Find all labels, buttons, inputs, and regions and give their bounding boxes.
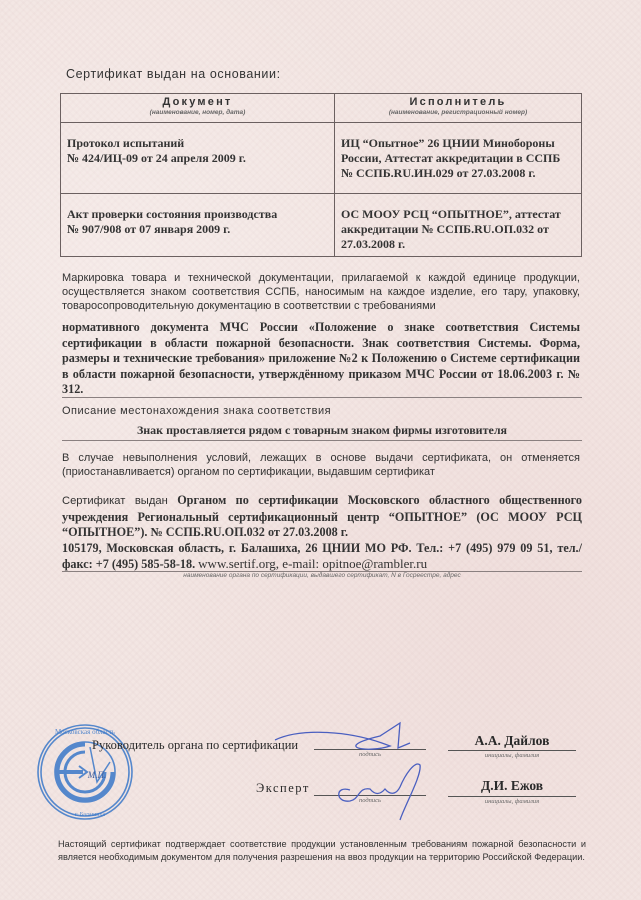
executor-line: № ССПБ.RU.ИН.029 от 27.03.2008 г.	[341, 166, 575, 181]
head-name: А.А. Дайлов	[448, 733, 576, 749]
expert-name-caption: инициалы, фамилия	[448, 798, 576, 805]
issued-by-caption: наименование органа по сертификации, выд…	[62, 572, 582, 579]
basis-table: Документ (наименование, номер, дата) Исп…	[60, 93, 582, 257]
document-line: Акт проверки состояния производства	[67, 207, 328, 222]
footer-text: Настоящий сертификат подтверждает соотве…	[58, 838, 586, 863]
header-executor-subtitle: (наименование, регистрационный номер)	[335, 109, 581, 116]
basis-intro: Сертификат выдан на основании:	[66, 67, 281, 81]
header-executor-title: Исполнитель	[335, 96, 581, 108]
header-document-title: Документ	[61, 96, 334, 108]
header-document: Документ (наименование, номер, дата)	[61, 94, 335, 123]
mark-location-label: Описание местонахождения знака соответст…	[62, 405, 331, 417]
table-row: Акт проверки состояния производства № 90…	[61, 194, 582, 257]
executor-line: ОС МООУ РСЦ “ОПЫТНОЕ”, аттестат	[341, 207, 575, 222]
document-line: № 424/ИЦ-09 от 24 апреля 2009 г.	[67, 151, 328, 166]
head-name-line	[448, 750, 576, 751]
divider	[62, 397, 582, 398]
revocation-text: В случае невыполнения условий, лежащих в…	[62, 451, 580, 479]
head-signature-label: Руководитель органа по сертификации	[92, 738, 298, 753]
executor-line: аккредитации № ССПБ.RU.ОП.032 от	[341, 222, 575, 237]
document-cell: Протокол испытаний № 424/ИЦ-09 от 24 апр…	[61, 123, 335, 194]
executor-cell: ИЦ “Опытное” 26 ЦНИИ Минобороны России, …	[335, 123, 582, 194]
document-line: № 907/908 от 07 января 2009 г.	[67, 222, 328, 237]
stamp-center-label: М.П.	[87, 770, 107, 780]
normative-text: нормативного документа МЧС России «Полож…	[62, 320, 580, 398]
mark-location-value: Знак проставляется рядом с товарным знак…	[62, 423, 582, 438]
header-document-subtitle: (наименование, номер, дата)	[61, 109, 334, 116]
head-signature-icon	[270, 718, 420, 758]
expert-signature-label: Эксперт	[256, 781, 310, 796]
executor-line: ИЦ “Опытное” 26 ЦНИИ Минобороны	[341, 136, 575, 151]
expert-name-line	[448, 796, 576, 797]
header-executor: Исполнитель (наименование, регистрационн…	[335, 94, 582, 123]
issued-by-label: Сертификат выдан	[62, 495, 168, 507]
issued-by-web: www.sertif.org, e-mail: opitnoe@rambler.…	[198, 556, 427, 571]
expert-name: Д.И. Ежов	[448, 778, 576, 794]
divider	[62, 440, 582, 441]
table-row: Протокол испытаний № 424/ИЦ-09 от 24 апр…	[61, 123, 582, 194]
head-name-caption: инициалы, фамилия	[448, 752, 576, 759]
document-cell: Акт проверки состояния производства № 90…	[61, 194, 335, 257]
executor-line: 27.03.2008 г.	[341, 237, 575, 252]
seal-stamp-icon: Московская область г. Балашиха М.П.	[35, 722, 135, 822]
marking-text: Маркировка товара и технической документ…	[62, 271, 580, 313]
basis-table-header: Документ (наименование, номер, дата) Исп…	[61, 94, 582, 123]
expert-signature-icon	[330, 755, 430, 825]
stamp-ring-text: Московская область	[55, 728, 115, 736]
stamp-bottom-text: г. Балашиха	[75, 812, 105, 818]
certificate-page: Сертификат выдан на основании: Документ …	[0, 0, 641, 900]
issued-by-block: Сертификат выдан Органом по сертификации…	[62, 493, 582, 573]
document-line: Протокол испытаний	[67, 136, 328, 151]
executor-cell: ОС МООУ РСЦ “ОПЫТНОЕ”, аттестат аккредит…	[335, 194, 582, 257]
executor-line: России, Аттестат аккредитации в ССПБ	[341, 151, 575, 166]
